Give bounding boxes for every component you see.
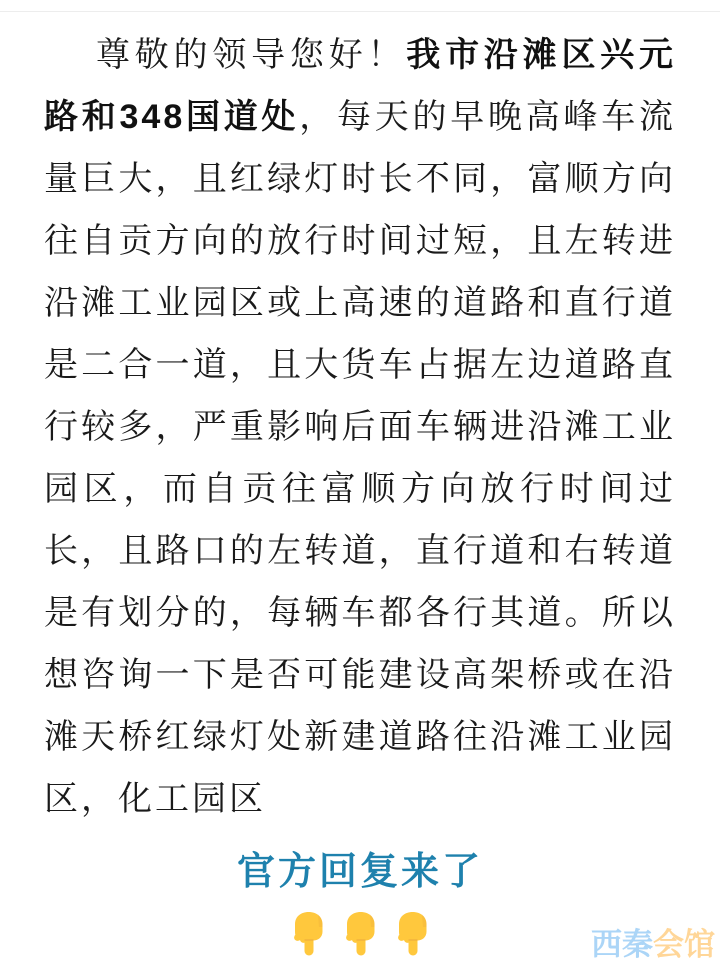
backhand-index-pointing-down-icon <box>342 910 378 956</box>
top-divider <box>0 11 720 12</box>
article-content: 尊敬的领导您好！我市沿滩区兴元路和348国道处，每天的早晚高峰车流量巨大，且红绿… <box>44 24 676 956</box>
paragraph-prefix: 尊敬的领导您好！ <box>96 36 406 74</box>
watermark-first-part: 西秦 <box>591 927 653 962</box>
paragraph-body: ，每天的早晚高峰车流量巨大，且红绿灯时长不同，富顺方向往自贡方向的放行时间过短，… <box>44 98 676 818</box>
pointer-emoji-row <box>44 910 676 956</box>
article-page: 尊敬的领导您好！我市沿滩区兴元路和348国道处，每天的早晚高峰车流量巨大，且红绿… <box>0 0 720 964</box>
watermark: 西秦会馆 <box>591 929 715 960</box>
backhand-index-pointing-down-icon <box>394 910 430 956</box>
backhand-index-pointing-down-icon <box>290 910 326 956</box>
petition-paragraph: 尊敬的领导您好！我市沿滩区兴元路和348国道处，每天的早晚高峰车流量巨大，且红绿… <box>44 24 676 830</box>
official-reply-heading: 官方回复来了 <box>44 846 676 898</box>
watermark-second-part: 会馆 <box>653 927 715 962</box>
